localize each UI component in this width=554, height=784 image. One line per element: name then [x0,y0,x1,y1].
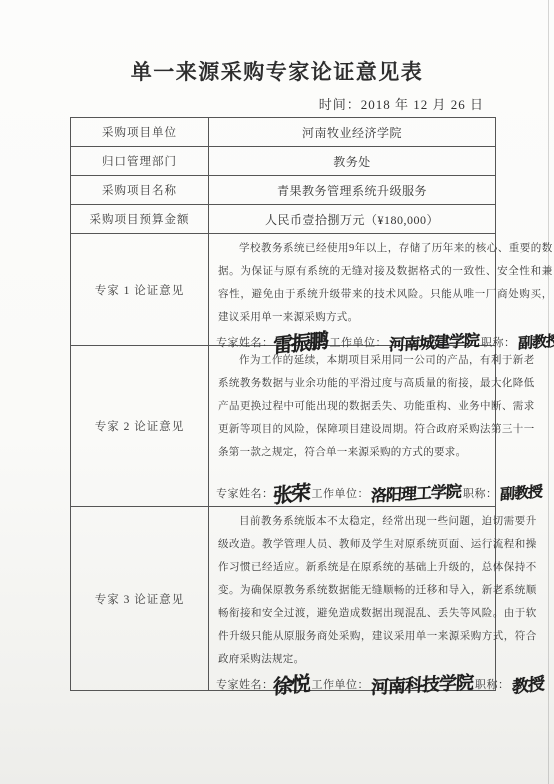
row-label-budget-amount: 采购项目预算金额 [71,205,209,233]
expert-2-handwritten-title: 副教授 [499,480,542,504]
table-row-expert-2: 专家 2 论证意见 作为工作的延续，本期项目采用同一公司的产品，有利于新老系统教… [71,346,495,507]
row-label-management-department: 归口管理部门 [71,147,209,175]
expert-2-opinion-cell: 作为工作的延续，本期项目采用同一公司的产品，有利于新老系统教务数据与业余功能的平… [209,346,542,506]
signature-unit-label: 工作单位： [312,485,370,501]
expert-1-signature-line: 专家姓名： 雷振鹏 工作单位： 河南城建学院 职称： 副教授 [209,329,554,355]
table-row: 采购项目单位 河南牧业经济学院 [71,118,495,147]
signature-name-label: 专家姓名： [216,676,274,692]
table-row: 归口管理部门 教务处 [71,147,495,176]
signature-name-label: 专家姓名： [216,485,274,501]
date-line: 时间：2018 年 12 月 26 日 [0,94,484,113]
expert-2-handwritten-unit: 洛阳理工学院 [370,479,461,507]
signature-title-label: 职称： [475,676,510,692]
expert-2-opinion-text: 作为工作的延续，本期项目采用同一公司的产品，有利于新老系统教务数据与业余功能的平… [209,346,542,464]
expert-1-opinion-cell: 学校教务系统已经使用9年以上，存储了历年来的核心、重要的数据。为保证与原有系统的… [209,234,554,345]
row-label-expert-2: 专家 2 论证意见 [71,346,209,506]
table-row-expert-3: 专家 3 论证意见 目前教务系统版本不太稳定，经常出现一些问题，迫切需要升级改造… [71,507,495,690]
scan-edge-artifact [548,0,549,784]
scanned-document-page: 单一来源采购专家论证意见表 时间：2018 年 12 月 26 日 采购项目单位… [0,0,554,784]
row-value-project-name: 青果教务管理系统升级服务 [209,176,495,204]
signature-unit-label: 工作单位： [312,676,370,692]
expert-3-handwritten-unit: 河南科技学院 [370,668,473,699]
row-label-purchasing-unit: 采购项目单位 [71,118,209,146]
signature-unit-label: 工作单位： [330,334,388,350]
row-value-budget-amount: 人民币壹拾捌万元（¥180,000） [209,205,495,233]
signature-title-label: 职称： [481,334,516,350]
signature-title-label: 职称： [463,485,498,501]
row-label-expert-3: 专家 3 论证意见 [71,507,209,690]
date-label: 时间： [319,97,361,112]
row-value-purchasing-unit: 河南牧业经济学院 [209,118,495,146]
expert-3-handwritten-title: 教授 [511,669,543,698]
expert-3-handwritten-name: 徐悦 [272,667,309,700]
table-row: 采购项目预算金额 人民币壹拾捌万元（¥180,000） [71,205,495,234]
expert-3-signature-line: 专家姓名： 徐悦 工作单位： 河南科技学院 职称： 教授 [209,671,544,697]
expert-1-handwritten-title: 副教授 [517,329,554,353]
expert-2-handwritten-name: 张荣 [272,476,309,509]
row-label-project-name: 采购项目名称 [71,176,209,204]
signature-name-label: 专家姓名： [216,334,274,350]
table-row-expert-1: 专家 1 论证意见 学校教务系统已经使用9年以上，存储了历年来的核心、重要的数据… [71,234,495,346]
form-table: 采购项目单位 河南牧业经济学院 归口管理部门 教务处 采购项目名称 青果教务管理… [70,117,496,691]
expert-1-handwritten-name: 雷振鹏 [272,324,327,359]
expert-3-opinion-cell: 目前教务系统版本不太稳定，经常出现一些问题，迫切需要升级改造。教学管理人员、教师… [209,507,544,690]
date-value: 2018 年 12 月 26 日 [361,97,484,112]
table-row: 采购项目名称 青果教务管理系统升级服务 [71,176,495,205]
expert-3-opinion-text: 目前教务系统版本不太稳定，经常出现一些问题，迫切需要升级改造。教学管理人员、教师… [209,507,544,671]
row-label-expert-1: 专家 1 论证意见 [71,234,209,345]
expert-1-handwritten-unit: 河南城建学院 [388,328,479,356]
row-value-management-department: 教务处 [209,147,495,175]
page-title: 单一来源采购专家论证意见表 [0,56,554,86]
expert-2-signature-line: 专家姓名： 张荣 工作单位： 洛阳理工学院 职称： 副教授 [209,480,542,506]
expert-1-opinion-text: 学校教务系统已经使用9年以上，存储了历年来的核心、重要的数据。为保证与原有系统的… [209,234,554,329]
